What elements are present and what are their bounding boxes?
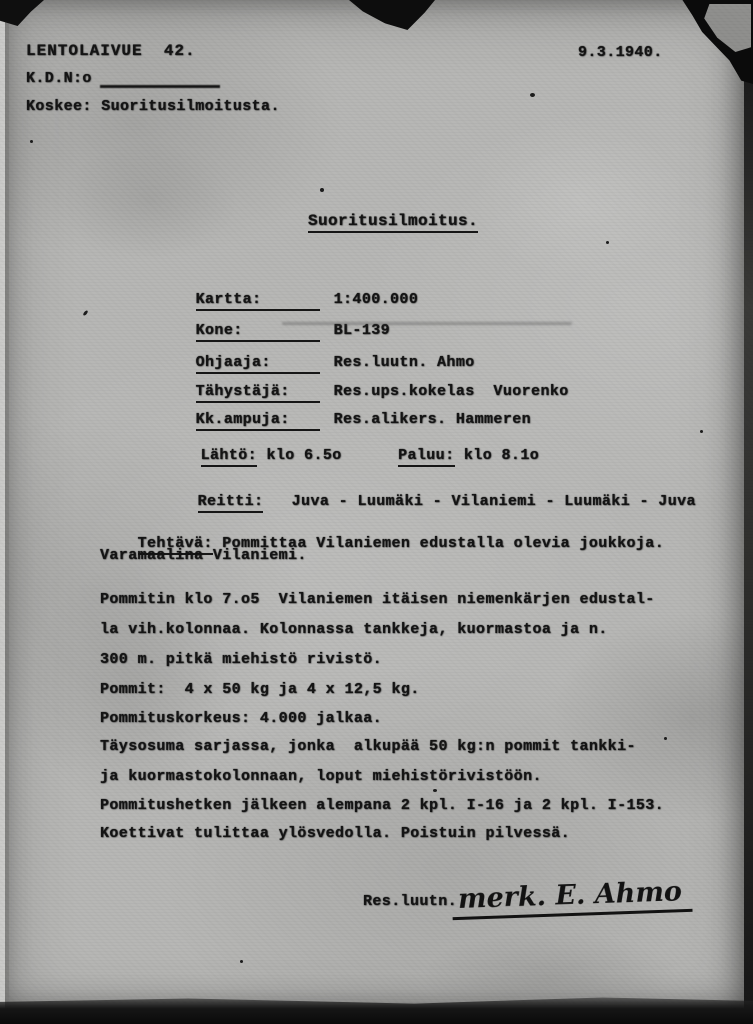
mission-line-2: Varamaalina Vilaniemi.: [100, 547, 307, 564]
scan-scratch: [282, 322, 572, 325]
scanned-document: LENTOLAIVUE 42. 9.3.1940. K.D.N:o Koskee…: [0, 0, 753, 1024]
field-label: Kk.ampuja:: [196, 411, 320, 431]
departure-label: Lähtö:: [201, 447, 257, 467]
torn-notch-top-center: [349, 0, 435, 30]
diary-number-blank-line: [100, 85, 220, 88]
document-title: Suoritusilmoitus.: [308, 212, 478, 233]
route-value: Juva - Luumäki - Vilaniemi - Luumäki - J…: [292, 493, 696, 510]
document-date: 9.3.1940.: [578, 44, 663, 61]
signature-rank: Res.luutn.: [363, 893, 457, 910]
torn-notch-top-left: [0, 0, 44, 26]
handwritten-signature: merk. E. Ahmo: [451, 876, 692, 920]
field-value: Res.alikers. Hammeren: [334, 411, 531, 428]
report-line: 300 m. pitkä miehistö rivistö.: [100, 651, 382, 668]
scan-bottom-edge: [0, 990, 753, 1024]
report-line: la vih.kolonnaa. Kolonnassa tankkeja, ku…: [100, 621, 608, 638]
return-label: Paluu:: [398, 447, 454, 467]
report-line: Pommituskorkeus: 4.000 jalkaa.: [100, 710, 382, 727]
report-line: Pommit: 4 x 50 kg ja 4 x 12,5 kg.: [100, 681, 420, 698]
paper-stain: [60, 140, 240, 260]
diary-number-label: K.D.N:o: [26, 70, 92, 87]
paper-stain: [470, 120, 690, 280]
report-line: Täysosuma sarjassa, jonka alkupää 50 kg:…: [100, 738, 636, 755]
unit-name: LENTOLAIVUE 42.: [26, 42, 196, 60]
route-label: Reitti:: [198, 493, 264, 513]
report-line: Koettivat tulittaa ylösvedolla. Poistuin…: [100, 825, 570, 842]
report-line: Pommitin klo 7.o5 Vilaniemen itäisen nie…: [100, 591, 655, 608]
return-value: klo 8.1o: [464, 447, 539, 464]
subject-line: Koskee: Suoritusilmoitusta.: [26, 98, 280, 115]
scan-right-edge: [744, 0, 753, 1024]
times-row: Lähtö: klo 6.5o Paluu: klo 8.1o: [163, 430, 539, 481]
departure-value: klo 6.5o: [266, 447, 341, 464]
scan-left-edge: [0, 0, 9, 1024]
report-line: ja kuormastokolonnaan, loput miehistöriv…: [100, 768, 542, 785]
report-line: Pommitushetken jälkeen alempana 2 kpl. I…: [100, 797, 664, 814]
